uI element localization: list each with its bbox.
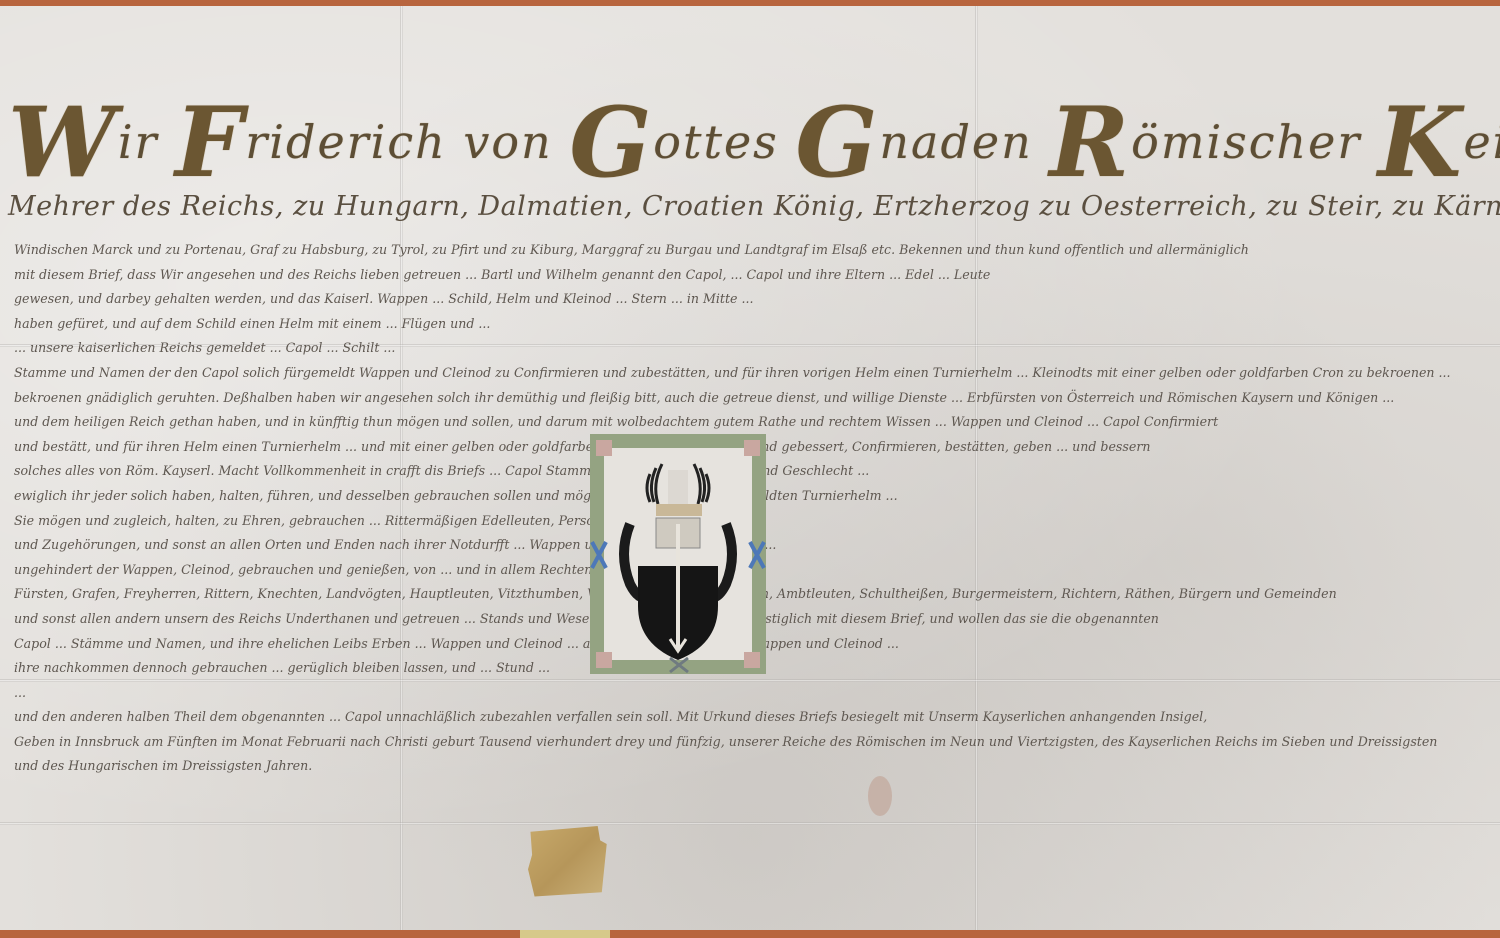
title-capital: F xyxy=(175,86,245,199)
document-subtitle: Mehrer des Reichs, zu Hungarn, Dalmatien… xyxy=(8,191,1498,222)
body-line: Windischen Marck und zu Portenau, Graf z… xyxy=(14,238,1489,263)
title-segment: eiser zu allen zeiten xyxy=(1463,115,1500,169)
title-segment: ir xyxy=(118,115,175,169)
body-line: und dem heiligen Reich gethan haben, und… xyxy=(14,410,1489,435)
body-line: und den anderen halben Theil dem obgenan… xyxy=(14,705,1489,730)
body-line: ... unsere kaiserlichen Reichs gemeldet … xyxy=(14,336,1489,361)
document-title-heading: Wir Friderich von Gottes Gnaden Römische… xyxy=(8,86,1498,199)
body-line: gewesen, und darbey gehalten werden, und… xyxy=(14,287,1489,312)
title-segment: riderich von xyxy=(245,115,569,169)
title-capital: K xyxy=(1378,86,1463,199)
title-segment: ömischer xyxy=(1131,115,1378,169)
title-capital: R xyxy=(1049,86,1131,199)
parchment-document: Wir Friderich von Gottes Gnaden Römische… xyxy=(0,6,1500,930)
body-line: ... xyxy=(14,681,1489,706)
title-capital: G xyxy=(569,86,653,199)
body-line: bekroenen gnädiglich geruhten. Deßhalben… xyxy=(14,386,1489,411)
body-line: und des Hungarischen im Dreissigsten Jah… xyxy=(14,754,1489,779)
initial-letter: W xyxy=(8,86,118,199)
body-line: Geben in Innsbruck am Fünften im Monat F… xyxy=(14,730,1489,755)
seal-strip xyxy=(520,930,610,938)
seal-tag-remnant xyxy=(528,826,610,898)
body-line: mit diesem Brief, dass Wir angesehen und… xyxy=(14,263,1489,288)
title-segment: naden xyxy=(879,115,1049,169)
stain xyxy=(868,776,892,816)
coat-of-arms-icon xyxy=(590,434,766,674)
body-line: haben gefüret, und auf dem Schild einen … xyxy=(14,312,1489,337)
fold-crease-horizontal xyxy=(0,822,1500,825)
coat-of-arms-illustration xyxy=(590,434,766,674)
title-segment: ottes xyxy=(653,115,795,169)
body-line: Stamme und Namen der den Capol solich fü… xyxy=(14,361,1489,386)
title-capital: G xyxy=(795,86,879,199)
